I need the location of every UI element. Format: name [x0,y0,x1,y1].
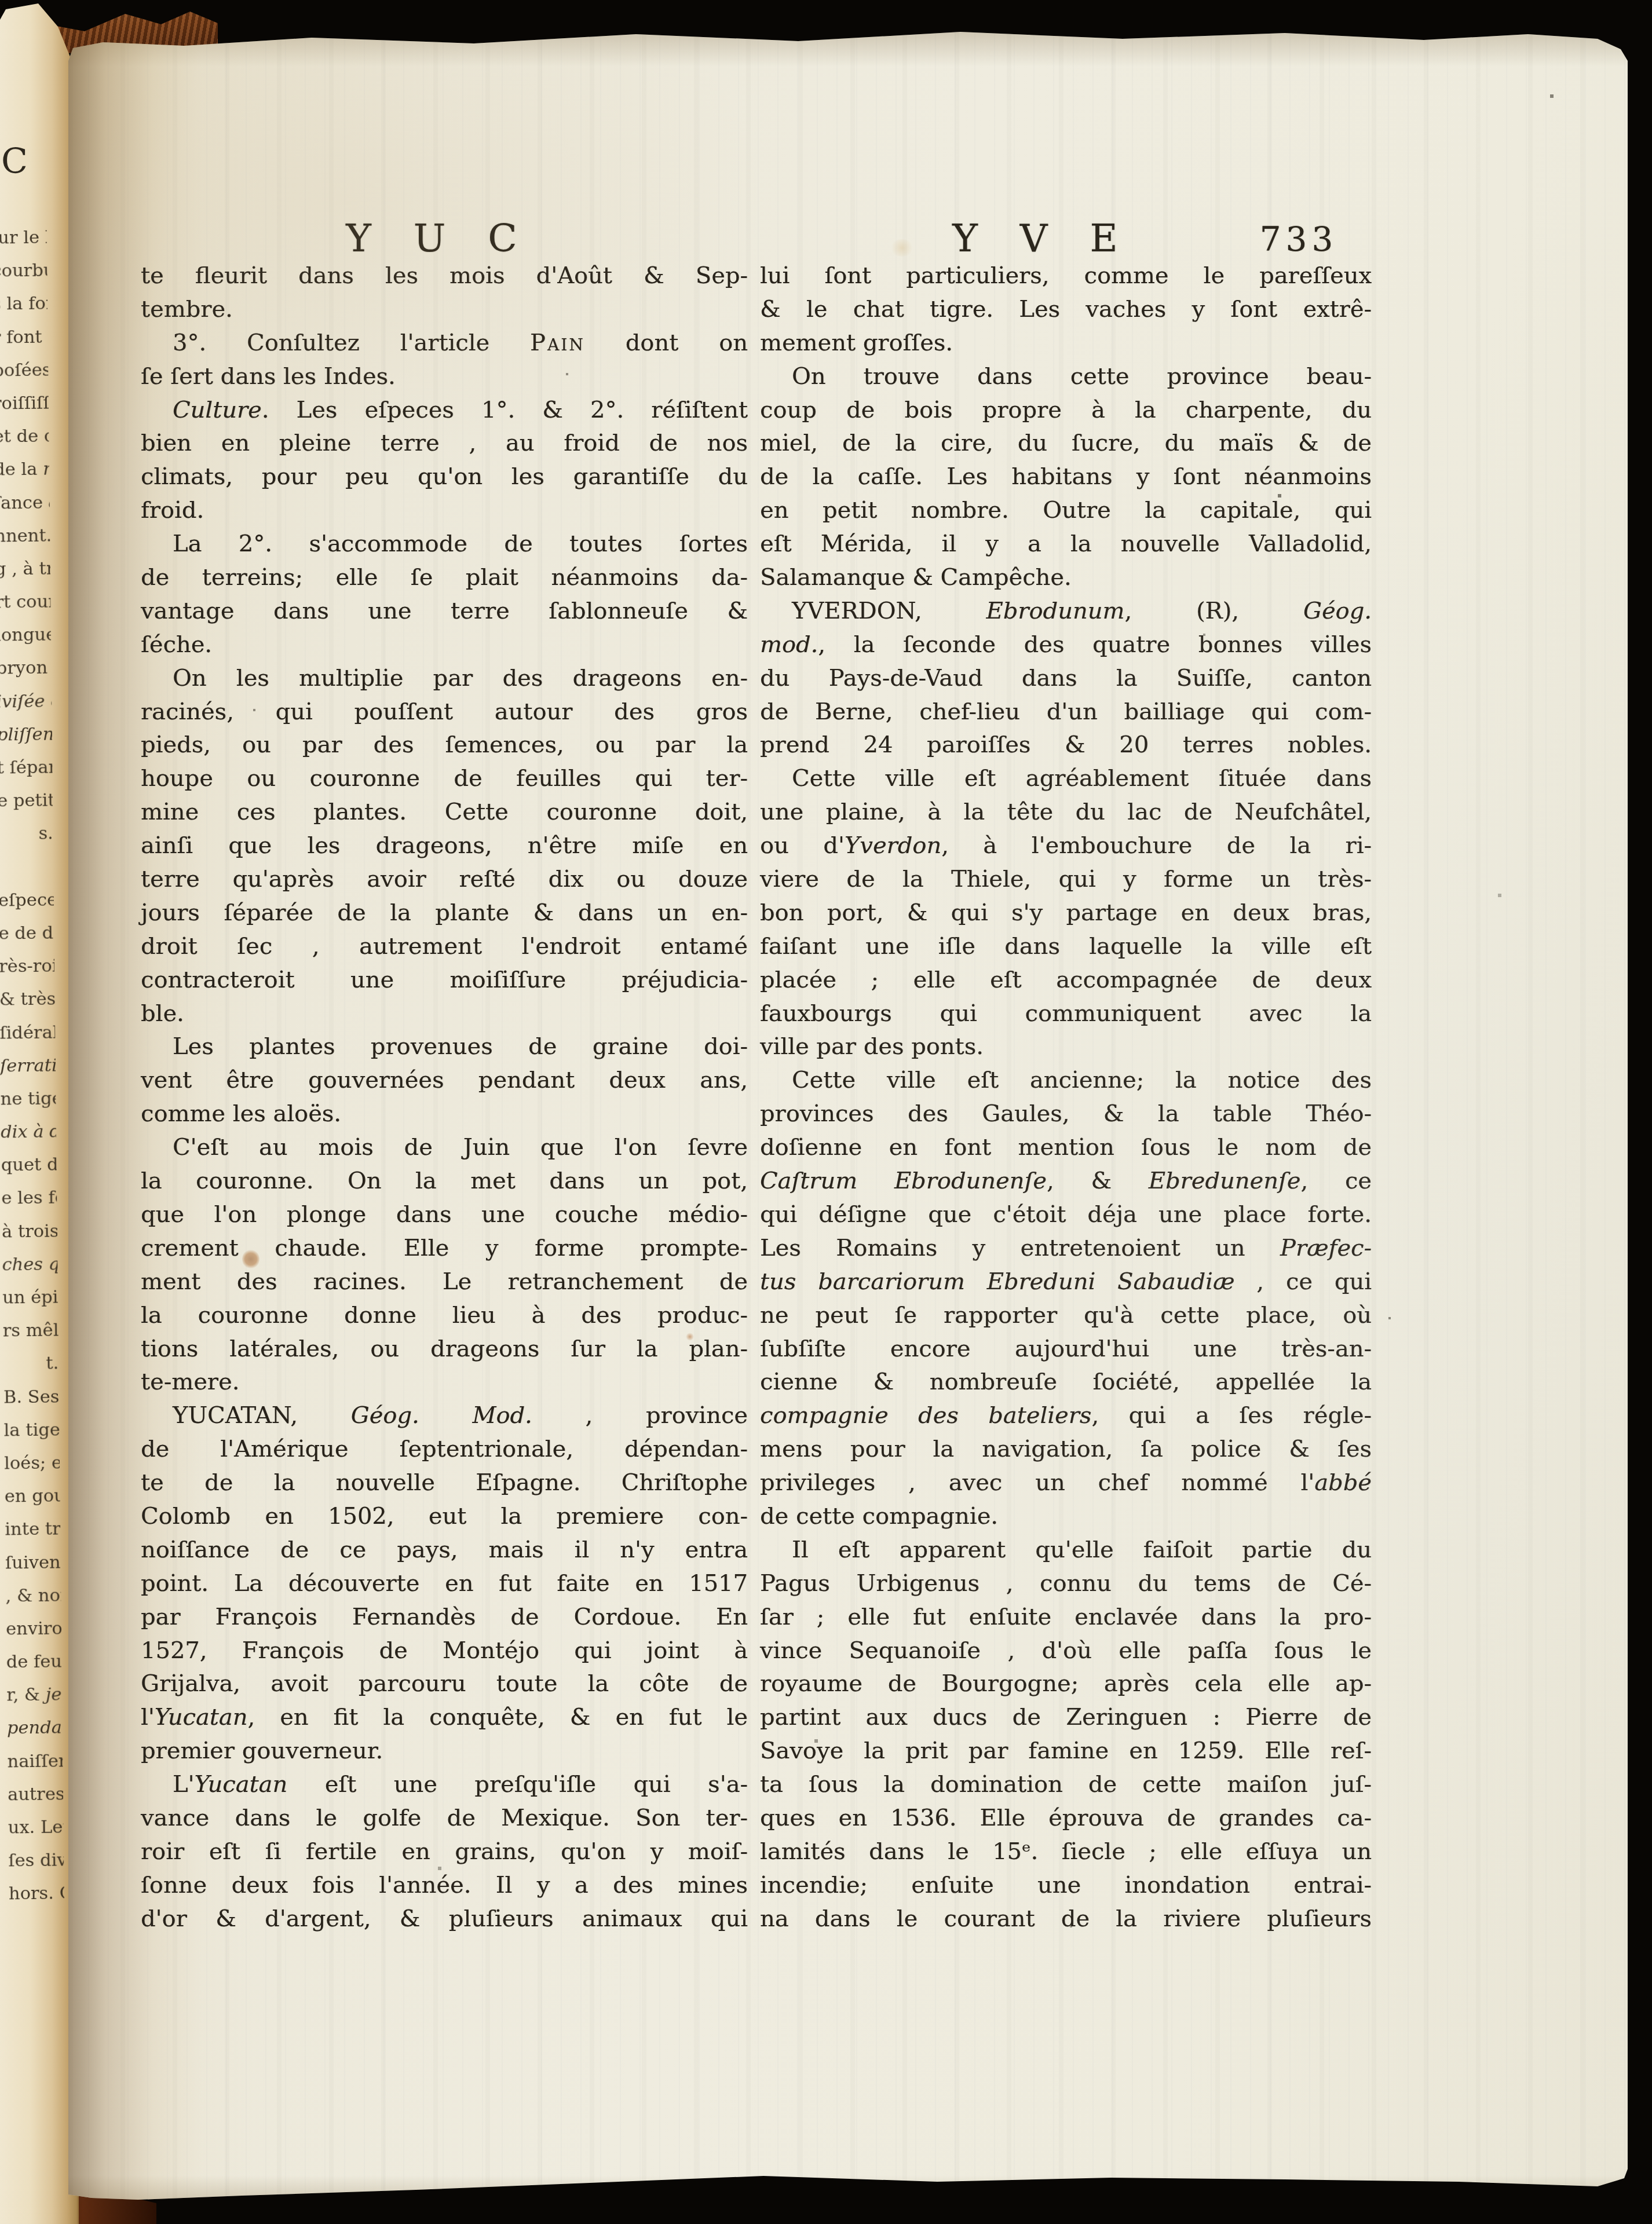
prev-page-text-fragment: t ſéparée par [0,751,53,785]
text-line: que l'on plonge dans une couche médio- [141,1198,748,1232]
text-line: te de la nouvelle Eſpagne. Chriſtophe [141,1466,748,1500]
text-line: ſonne deux fois l'année. Il y a des mine… [141,1869,748,1903]
prev-page-text-fragment: ux. Leur pétal [8,1810,64,1844]
prev-page-text-fragment: de feuilles dans [6,1645,62,1679]
text-line: vince Sequanoiſe , d'où elle paſſa ſous … [760,1634,1372,1668]
text-line: l'Yucatan, en fit la conquête, & en fut … [141,1701,748,1735]
running-head-right: Y V E [944,216,1141,261]
text-line: ville par des ponts. [760,1030,1372,1064]
prev-page-text-fragment: t. [3,1347,59,1381]
prev-page-text-fragment: s. [0,817,53,851]
text-line: ques en 1536. Elle éprouva de grandes ca… [760,1802,1372,1835]
prev-page-text-fragment: hors. Cette plan- [9,1877,65,1911]
text-line: & le chat tigre. Les vaches y ſont extrê… [760,293,1372,327]
prev-page-text-fragment: inte très-aiguë, [5,1513,61,1546]
text-line: lamités dans le 15ᵉ. ſiecle ; elle eſſuy… [760,1835,1372,1869]
text-line: Cette ville eſt agréablement ſituée dans [760,762,1372,796]
text-line: C'eſt au mois de Juin que l'on ſevre [141,1131,748,1165]
text-line: pieds, ou par des ſemences, ou par la [141,729,748,762]
text-line: bien en pleine terre , au froid de nos [141,427,748,460]
prev-page-text-fragment: ne tige, ſer- [0,1082,56,1115]
text-line: ſéche. [141,628,748,662]
text-line: viere de la Thiele, qui y forme un très- [760,863,1372,897]
ink-specks [68,26,70,27]
text-line: Il eſt apparent qu'elle faiſoit partie d… [760,1534,1372,1567]
prev-page-text-fragment: un épi régu- [2,1281,59,1314]
text-line: mement groſſes. [760,327,1372,360]
text-line: crement chaude. Elle y forme prompte- [141,1232,748,1265]
prev-page-text-fragment: à trois pieds, [2,1215,58,1248]
text-line: cienne & nombreuſe ſociété, appellée la [760,1366,1372,1399]
text-line: ta ſous la domination de cette maiſon ju… [760,1768,1372,1802]
text-line: faiſant une iſle dans laquelle la ville … [760,930,1372,964]
text-line: ment des racines. Le retranchement de [141,1265,748,1299]
text-line: YVERDON, Ebrodunum, (R), Géog. [760,595,1372,628]
prev-page-text-fragment: & très-aiguës. [0,983,55,1016]
text-line: ainſi que les drageons, n'être miſe en [141,829,748,863]
text-line: vance dans le golfe de Mexique. Son ter- [141,1802,748,1835]
text-line: une plaine, à la tête du lac de Neufchât… [760,796,1372,829]
text-line: YUCATAN, Géog. Mod. , province [141,1399,748,1433]
prev-page-text-fragment: environ deux à [6,1612,62,1645]
text-line: racinés, qui pouſſent autour des gros [141,696,748,729]
text-line: eſt Mérida, il y a la nouvelle Valladoli… [760,528,1372,561]
text-column-left: te fleurit dans les mois d'Août & Sep-te… [141,259,748,1936]
text-line: On les multiplie par des drageons en- [141,662,748,696]
text-line: Les plantes provenues de graine doi- [141,1030,748,1064]
text-line: L'Yucatan eſt une preſqu'iſle qui s'a- [141,1768,748,1802]
text-line: coup de bois propre à la charpente, du [760,394,1372,427]
page-bottom-shadow [68,2175,1628,2202]
prev-page-text-fragment: , & non ſuccu- [5,1579,61,1612]
text-line: la couronne donne lieu à des produc- [141,1299,748,1333]
text-line: te fleurit dans les mois d'Août & Sep- [141,259,748,293]
text-line: provinces des Gaules, & la table Théo- [760,1098,1372,1131]
prev-page-text-fragment: roiſſiſſant juſqu [0,386,49,420]
text-line: 1527, François de Montéjo qui joint à [141,1634,748,1668]
prev-page-text-fragment: nnent. Il eſt for. [0,519,50,553]
text-line: de cette compagnie. [760,1500,1372,1534]
prev-page-text-fragment: r, & jette de longs [6,1678,63,1712]
text-line: climats, pour peu qu'on les garantiſſe d… [141,460,748,494]
prev-page-text-fragment: rs mêlées de [2,1314,59,1348]
photo-stage: C ſur le lacourbures la former font ſixp… [0,0,1652,2224]
text-line: On trouve dans cette province beau- [760,360,1372,394]
prev-page-text-fragments: ſur le lacourbures la former font ſixpoſ… [0,221,64,1911]
page-number: 733 [1235,220,1362,259]
text-line: miel, de la cire, du ſucre, du maïs & de [760,427,1372,460]
text-line: compagnie des bateliers, qui a ſes régle… [760,1399,1372,1433]
prev-page-text-fragment: ſes diviſions [8,1844,64,1878]
text-line: Caſtrum Ebrodunenſe, & Ebredunenſe, ce [760,1165,1372,1198]
text-line: mod., la ſeconde des quatre bonnes ville… [760,628,1372,662]
prev-page-text-fragment: longueur , en [0,619,52,652]
text-line: Les Romains y entretenoient un Præfec- [760,1232,1372,1265]
prev-page-text-fragment: bryon devient [0,652,52,685]
text-line: Culture. Les eſpeces 1°. & 2°. réſiſtent [141,394,748,427]
prev-page-text-fragment: loés; elles ſont [4,1446,60,1480]
text-line: de l'Amérique ſeptentrionale, dépendan- [141,1433,748,1466]
prev-page-text-fragment: e de deux. [0,916,54,950]
text-line: en petit nombre. Outre la capitale, qui [760,494,1372,528]
text-line: Colomb en 1502, eut la premiere con- [141,1500,748,1534]
text-line: vantage dans une terre ſablonneuſe & [141,595,748,628]
text-line: Grijalva, avoit parcouru toute la côte d… [141,1667,748,1701]
text-line: doſienne en font mention ſous le nom de [760,1131,1372,1165]
prev-page-text-fragment: quet de feuil- [1,1148,57,1182]
text-line: ſar ; elle fut enſuite enclavée dans la … [760,1601,1372,1634]
text-line: na dans le courant de la riviere pluſieu… [760,1903,1372,1936]
prev-page-text-fragment: g , à trois pans, [0,552,50,586]
prev-page-text-fragment: ſance de la baſe [0,486,50,520]
prev-page-text-fragment: B. Ses feuilles [3,1380,60,1414]
text-line: tus barcariorum Ebreduni Sabaudiæ , ce q… [760,1265,1372,1299]
text-line: lui ſont particuliers, comme le pareſſeu… [760,259,1372,293]
text-line: privileges , avec un chef nommé l'abbé [760,1466,1372,1500]
prev-page-text-fragment: courbure [0,254,47,288]
text-line: incendie; enſuite une inondation entrai- [760,1869,1372,1903]
prev-page-text-fragment: ſerratis H.E. [0,1049,56,1082]
text-line: mens pour la navigation, ſa police & ſes [760,1433,1372,1466]
text-column-right: lui ſont particuliers, comme le pareſſeu… [760,259,1372,1936]
text-line: froid. [141,494,748,528]
text-line: Cette ville eſt ancienne; la notice des [760,1064,1372,1098]
running-head-left: Y U C [341,216,538,261]
text-line: Savoye la prit par famine en 1259. Elle … [760,1735,1372,1768]
text-line: fauxbourgs qui communiquent avec la [760,997,1372,1031]
foxing-stain [890,239,914,257]
text-line: ne peut ſe rapporter qu'à cette place, o… [760,1299,1372,1333]
text-line: bon port, & qui s'y partage en deux bras… [760,897,1372,930]
text-line: 3°. Conſultez l'article Pain dont on [141,327,748,360]
text-line: point. La découverte en fut faite en 151… [141,1567,748,1601]
text-line: ſe ſert dans les Indes. [141,360,748,394]
text-line: ou d'Yverdon, à l'embouchure de la ri- [760,829,1372,863]
text-line: ble. [141,997,748,1031]
prev-page-text-fragment: ches qui for- [2,1248,58,1281]
text-line: du Pays-de-Vaud dans la Suiſſe, canton [760,662,1372,696]
page-top-shadow [68,26,1628,67]
prev-page-text-fragment: e les feuilles, [1,1181,57,1215]
text-line: Pagus Urbigenus , connu du tems de Cé- [760,1567,1372,1601]
text-line: premier gouverneur. [141,1735,748,1768]
prev-page-text-fragment [0,850,54,884]
text-line: vent être gouvernées pendant deux ans, [141,1064,748,1098]
prev-page-text-fragment: pendantes, elles [7,1711,63,1745]
prev-page-text-fragment: e petites ſe- [0,784,53,818]
prev-page-text-fragment: autres épars de [8,1777,64,1811]
text-line: prend 24 paroiſſes & 20 terres nobles. [760,729,1372,762]
text-line: Salamanque & Campêche. [760,561,1372,595]
prev-page-header-fragment: C [1,141,28,182]
text-line: La 2°. s'accommode de toutes ſortes [141,528,748,561]
prev-page-text-fragment: ſidérables. Yu. [0,1016,56,1049]
prev-page-text-fragment: ſur le la [0,221,47,255]
prev-page-text-fragment: en gouttiere, [4,1480,60,1513]
text-line: terre qu'après avoir reſté dix ou douze [141,863,748,897]
text-line: droit ſec , autrement l'endroit entamé [141,930,748,964]
prev-page-text-fragment: poſées d'un [0,353,49,387]
text-line: te-mere. [141,1366,748,1399]
prev-page-text-fragment: et de chaque [0,420,49,453]
text-line: tions latérales, ou drageons ſur la plan… [141,1333,748,1366]
text-line: qui déſigne que c'étoit déja une place f… [760,1198,1372,1232]
prev-page-text-fragment: de la maſſe, les [0,453,50,487]
text-line: de la caſſe. Les habitans y ſont néanmoi… [760,460,1372,494]
book-page: Y U C Y V E 733 te fleurit dans les mois… [68,26,1628,2202]
prev-page-text-fragment: dix à douze [1,1115,57,1149]
text-line: houpe ou couronne de feuilles qui ter- [141,762,748,796]
text-line: par François Fernandès de Cordoue. En [141,1601,748,1634]
text-line: jours ſéparée de la plante & dans un en- [141,897,748,930]
prev-page-text-fragment: s la forme [0,287,48,321]
prev-page-text-fragment: r font ſix [0,320,48,354]
text-line: royaume de Bourgogne; après cela elle ap… [760,1667,1372,1701]
prev-page-text-fragment: ſuivent toute [5,1546,61,1579]
text-line: partint aux ducs de Zeringuen : Pierre d… [760,1701,1372,1735]
text-line: contracteroit une moiſiſſure préjudicia- [141,964,748,997]
prev-page-text-fragment: naiſſent ſouvent [7,1744,63,1778]
prev-page-text-fragment: la tige à - peu- [3,1413,60,1447]
prev-page-text-fragment: rès-roide, droi. [0,950,55,983]
text-line: d'or & d'argent, & pluſieurs animaux qui [141,1903,748,1936]
previous-page-edge: C ſur le lacourbures la former font ſixp… [0,0,79,2224]
prev-page-text-fragment: eſpeces d'yuca. [0,883,54,917]
prev-page-text-fragment: rt courts, dont [0,586,51,619]
text-line: de Berne, chef-lieu d'un bailliage qui c… [760,696,1372,729]
text-line: ſubſiſte encore aujourd'hui une très-an- [760,1333,1372,1366]
text-line: placée ; elle eſt accompagnée de deux [760,964,1372,997]
prev-page-text-fragment: pliſſent de ſuc [0,718,52,751]
text-line: noiſſance de ce pays, mais il n'y entra [141,1534,748,1567]
prev-page-text-fragment: iviſée en trois [0,685,52,718]
text-line: la couronne. On la met dans un pot, [141,1165,748,1198]
text-line: de terreins; elle ſe plait néanmoins da- [141,561,748,595]
text-line: comme les aloës. [141,1098,748,1131]
text-line: mine ces plantes. Cette couronne doit, [141,796,748,829]
text-line: roir eſt ſi fertile en grains, qu'on y m… [141,1835,748,1869]
text-line: tembre. [141,293,748,327]
